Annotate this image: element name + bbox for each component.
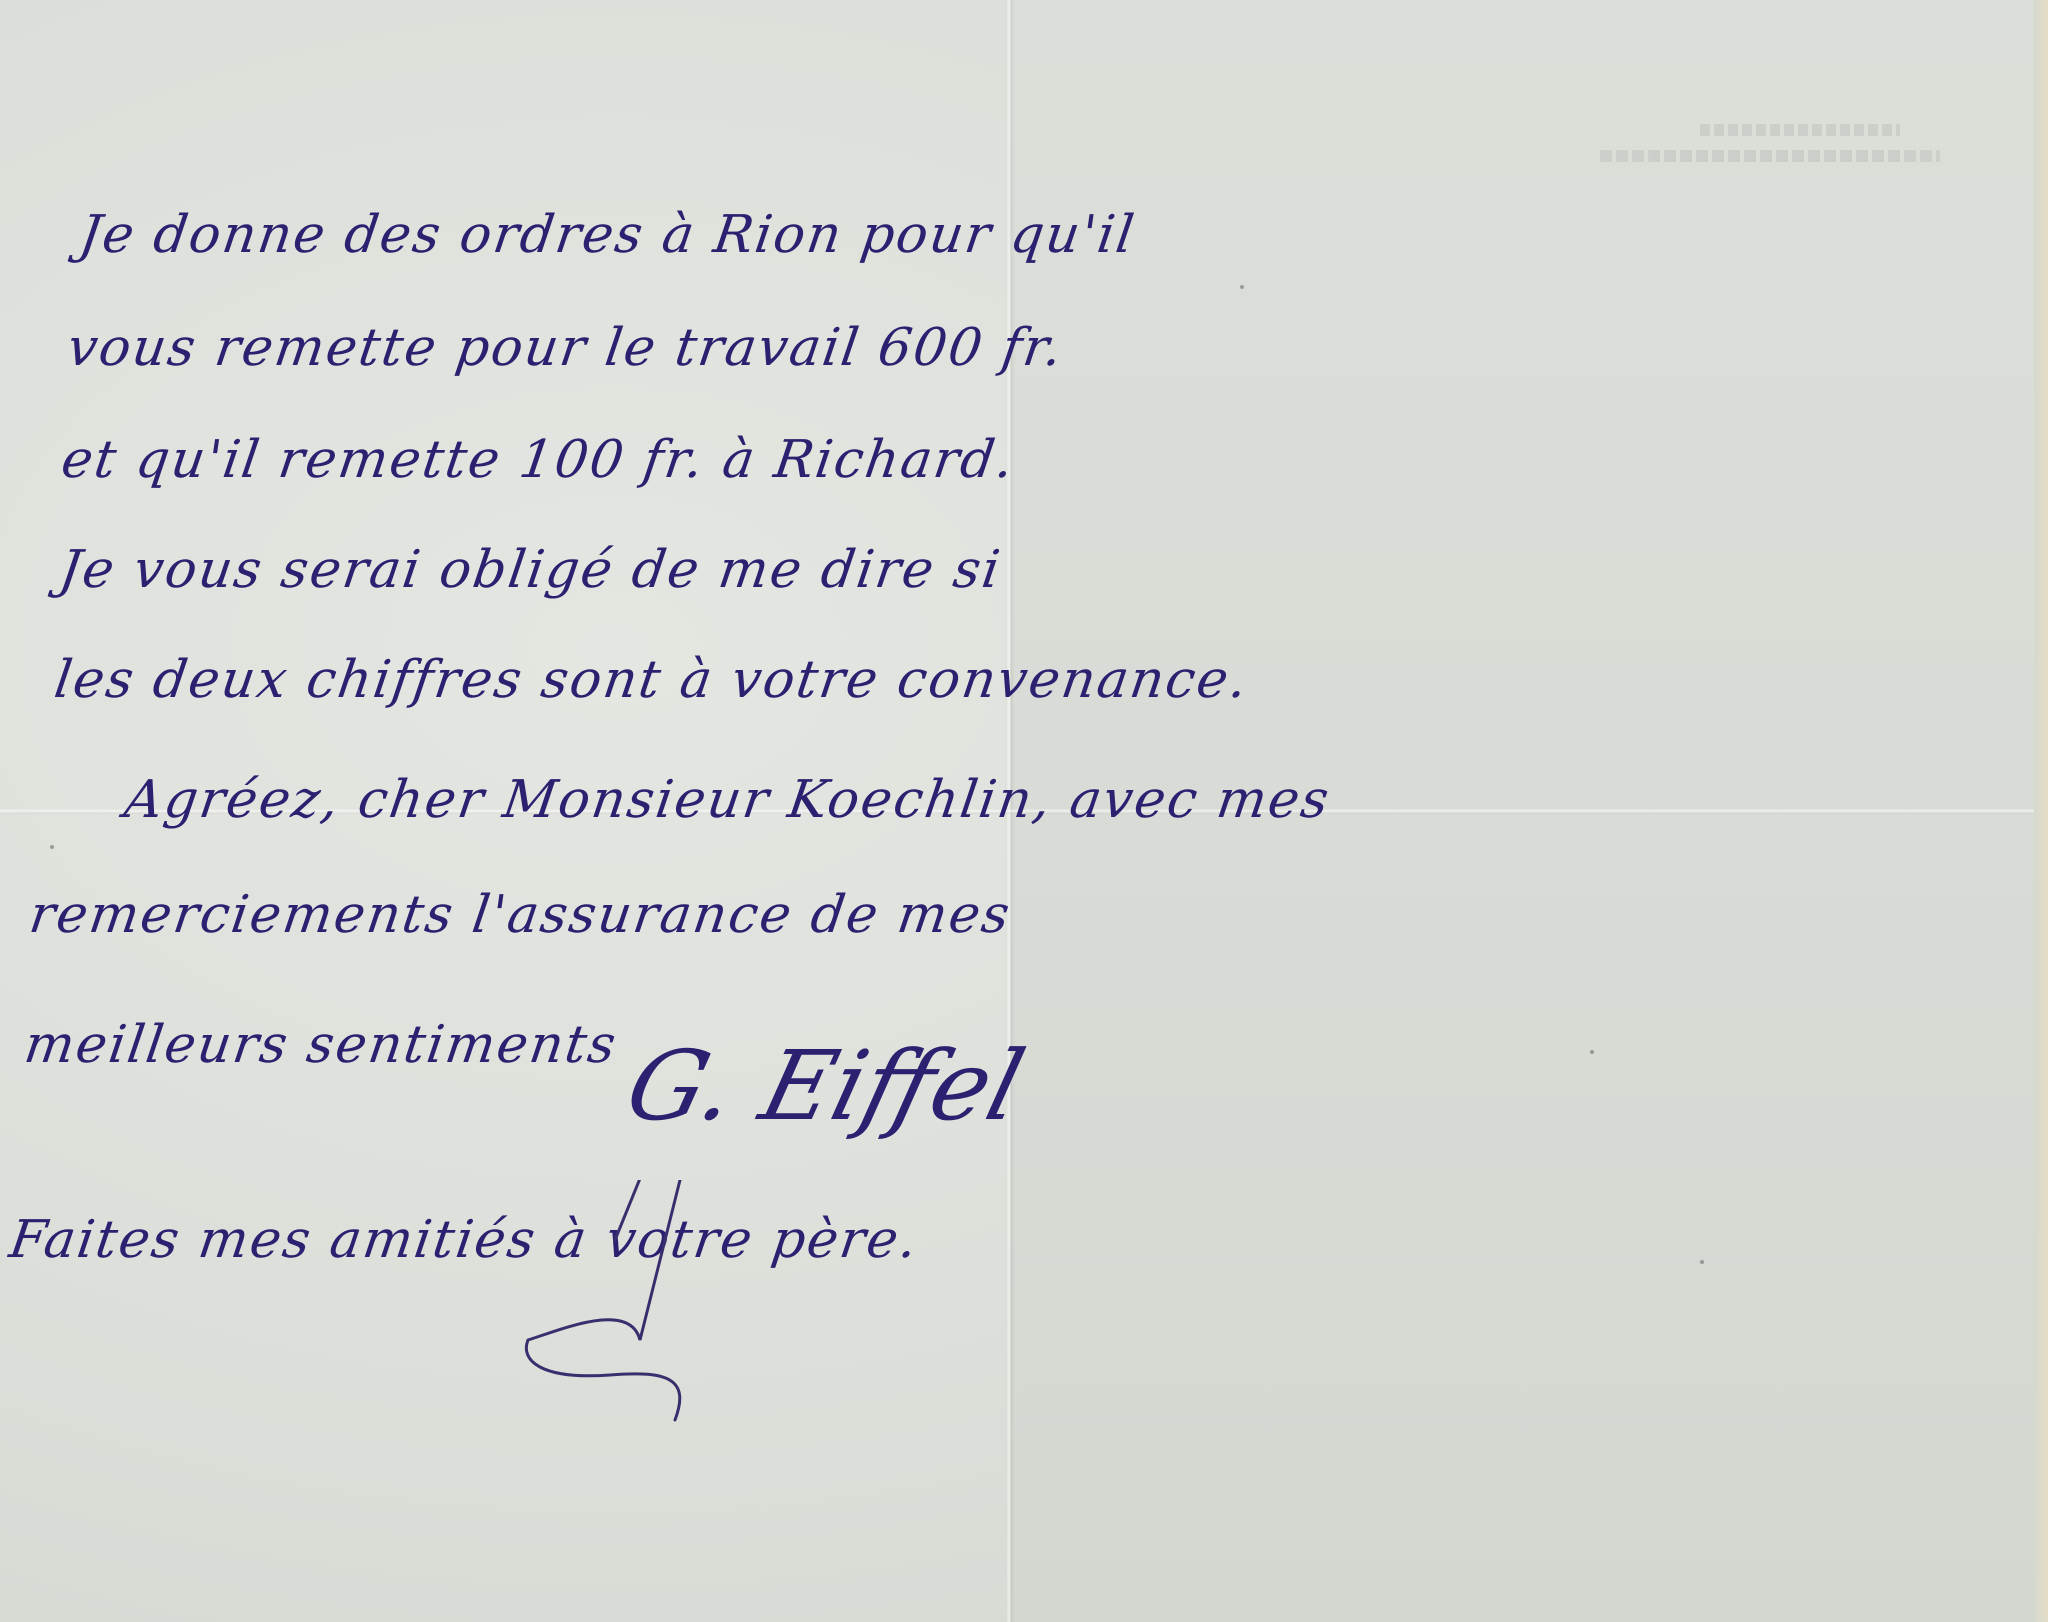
letter-sheet: Je donne des ordres à Rion pour qu'il vo… — [0, 0, 2048, 1622]
signature: G. Eiffel — [616, 1030, 1035, 1142]
paper-edge — [2034, 0, 2048, 1622]
letter-line: remerciements l'assurance de mes — [26, 885, 1015, 945]
letterhead-show-through — [1600, 118, 1960, 178]
paper-speck — [1590, 1050, 1594, 1054]
paper-speck — [1700, 1260, 1704, 1264]
signature-flourish — [500, 1180, 820, 1450]
letterhead-line-1 — [1700, 124, 1900, 136]
letter-line: Je donne des ordres à Rion pour qu'il — [76, 205, 1139, 265]
letterhead-line-2 — [1600, 150, 1940, 162]
letter-line: et qu'il remette 100 fr. à Richard. — [58, 430, 1019, 490]
letter-line: vous remette pour le travail 600 fr. — [64, 318, 1068, 378]
letter-line: Je vous serai obligé de me dire si — [56, 540, 1005, 600]
paper-speck — [1240, 285, 1244, 289]
letter-line: Agréez, cher Monsieur Koechlin, avec mes — [121, 770, 1334, 830]
letter-line: meilleurs sentiments — [21, 1015, 621, 1075]
letter-line: les deux chiffres sont à votre convenanc… — [51, 650, 1253, 710]
paper-speck — [50, 845, 54, 849]
